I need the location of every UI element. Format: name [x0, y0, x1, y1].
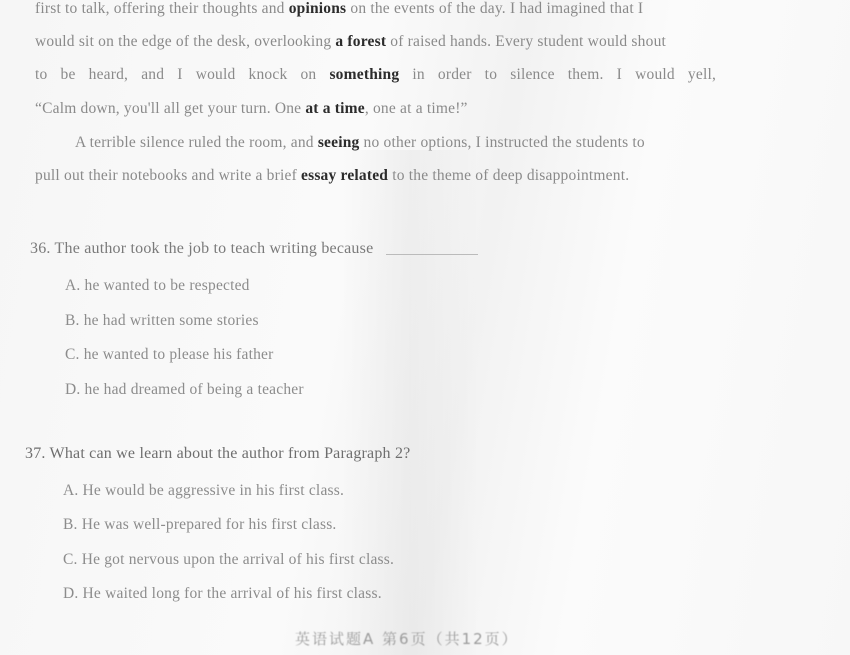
passage-line: to be heard, and I would knock on someth…: [35, 66, 716, 84]
option-b: B. He was well-prepared for his first cl…: [63, 516, 337, 534]
option-d: D. He waited long for the arrival of his…: [63, 585, 382, 603]
question-number: 37.: [25, 445, 46, 462]
question-stem: 37. What can we learn about the author f…: [25, 445, 410, 463]
option-b: B. he had written some stories: [65, 312, 259, 330]
page-footer: 英语试题A 第6页（共12页）: [295, 628, 519, 649]
question-stem: 36. The author took the job to teach wri…: [30, 240, 478, 258]
option-c: C. he wanted to please his father: [65, 346, 273, 364]
option-d: D. he had dreamed of being a teacher: [65, 381, 304, 399]
question-text: What can we learn about the author from …: [50, 445, 411, 462]
exam-page: first to talk, offering their thoughts a…: [0, 0, 850, 655]
passage-line: first to talk, offering their thoughts a…: [35, 0, 643, 18]
option-a: A. he wanted to be respected: [65, 277, 250, 295]
option-c: C. He got nervous upon the arrival of hi…: [63, 551, 394, 569]
paper-shadow: [340, 150, 480, 655]
passage-line: would sit on the edge of the desk, overl…: [35, 33, 666, 51]
passage-line: “Calm down, you'll all get your turn. On…: [35, 100, 468, 118]
passage-line: A terrible silence ruled the room, and s…: [75, 134, 645, 152]
passage-line: pull out their notebooks and write a bri…: [35, 167, 629, 185]
question-number: 36.: [30, 240, 51, 257]
question-text: The author took the job to teach writing…: [55, 240, 374, 257]
answer-blank: [386, 254, 478, 255]
option-a: A. He would be aggressive in his first c…: [63, 482, 344, 500]
